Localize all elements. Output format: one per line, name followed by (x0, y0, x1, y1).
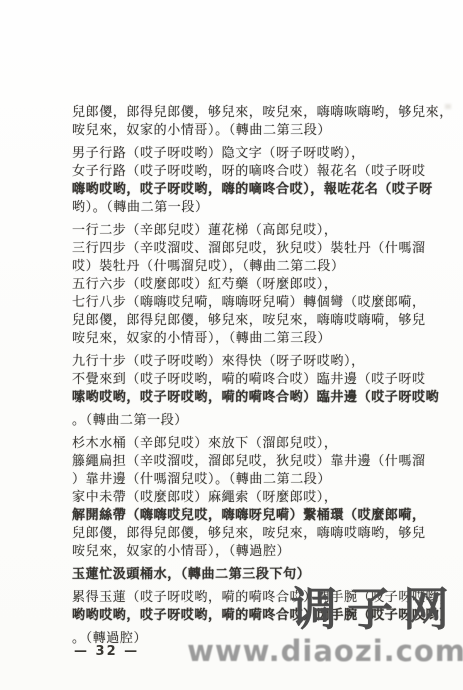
watermark: 调子网 www.diaozi.com (223, 590, 463, 690)
scanned-page: 兒郎儍，郎得兒郎儍，够兒來，咹兒來，嗨嗨咴嗨哟，够兒來，咹兒來，奴家的小情哥）。… (0, 0, 463, 690)
watermark-site-name: 调子网 (291, 586, 459, 632)
text-line: 哎）裝牡丹（什嗎溜兒哎），（轉曲二第二段） (72, 258, 408, 276)
text-line: 女子行路（哎子呀哎哟，呀的嘀咚合哎）報花名（哎子呀哎 (72, 163, 408, 181)
text-line: ）靠井邊（什嗎溜兒哎）。（轉曲二第二段） (72, 471, 408, 489)
text-line: 九行十步（哎子呀哎哟）來得快（呀子呀哎哟）， (72, 353, 408, 371)
text-line: 家中未帶（哎麼郎哎）麻繩索（呀麼郎哎）， (72, 489, 408, 507)
text-line: 咹兒來，奴家的小情哥），（轉過腔） (72, 543, 408, 561)
text-line: 兒郎儍，郎得兒郎儍，够兒來，咹兒來，嗨嗨哎嗨哟，够兒 (72, 525, 408, 543)
text-line: 嗨哟哎哟，哎子呀哎哟，嗨的嘀咚合哎），報咗花名（哎子呀 (72, 181, 408, 199)
text-line: 七行八步（嗨嗨哎兒嗬，嗨嗨呀兒嗬）轉個彎（哎麼郎嗬， (72, 294, 408, 312)
text-line: 解開絲帶（嗨嗨哎兒哎，嗨嗨呀兒嗬）繫桶環（哎麼郎嗬， (72, 507, 408, 525)
text-line: 兒郎儍，郎得兒郎儍，够兒來，咹兒來，嗨嗨咴嗨哟，够兒來， (72, 104, 408, 122)
text-line: 杉木水桶（辛郎兒哎）來放下（溜郎兒哎）， (72, 435, 408, 453)
text-line: 兒郎儍，郎得兒郎儍，够兒來，咹兒來，嗨嗨哎嗨嗬，够兒 (72, 312, 408, 330)
lyrics-text-block: 兒郎儍，郎得兒郎儍，够兒來，咹兒來，嗨嗨咴嗨哟，够兒來，咹兒來，奴家的小情哥）。… (72, 104, 408, 648)
text-line: 哟）。（轉曲二第一段） (72, 199, 408, 217)
watermark-site-url: www.diaozi.com (187, 634, 463, 669)
scan-speck (445, 104, 451, 109)
text-line: 咹兒來，奴家的小情哥），（轉曲二第三段） (72, 330, 408, 348)
text-line: 。（轉曲二第一段） (72, 412, 408, 430)
text-line: 不覺來到（哎子呀哎哟，嗬的嗬咚合哎）臨井邊（哎子呀哎 (72, 371, 408, 389)
page-number: — 32 — (74, 644, 139, 659)
text-line: 男子行路（哎子呀哎哟）隐文字（呀子呀哎哟）， (72, 145, 408, 163)
text-line: 五行六步（哎麼郎哎）紅芍藥（呀麼郎哎）， (72, 276, 408, 294)
text-line: 三行四步（辛哎溜哎、溜郎兒哎，狄兒哎）裝牡丹（什嗎溜 (72, 240, 408, 258)
text-line: 咹兒來，奴家的小情哥）。（轉曲二第三段） (72, 122, 408, 140)
text-line: 籐繩扁担（辛哎溜哎，溜郎兒哎，狄兒哎）靠井邊（什嗎溜 (72, 453, 408, 471)
text-line: 嗦哟哎哟，哎子呀哎哟，嗬的嗬咚合哟）臨井邊（哎子呀哎哟 (72, 389, 408, 407)
text-line: 一行二步（辛郎兒哎）蓮花梯（高郎兒哎）， (72, 222, 408, 240)
